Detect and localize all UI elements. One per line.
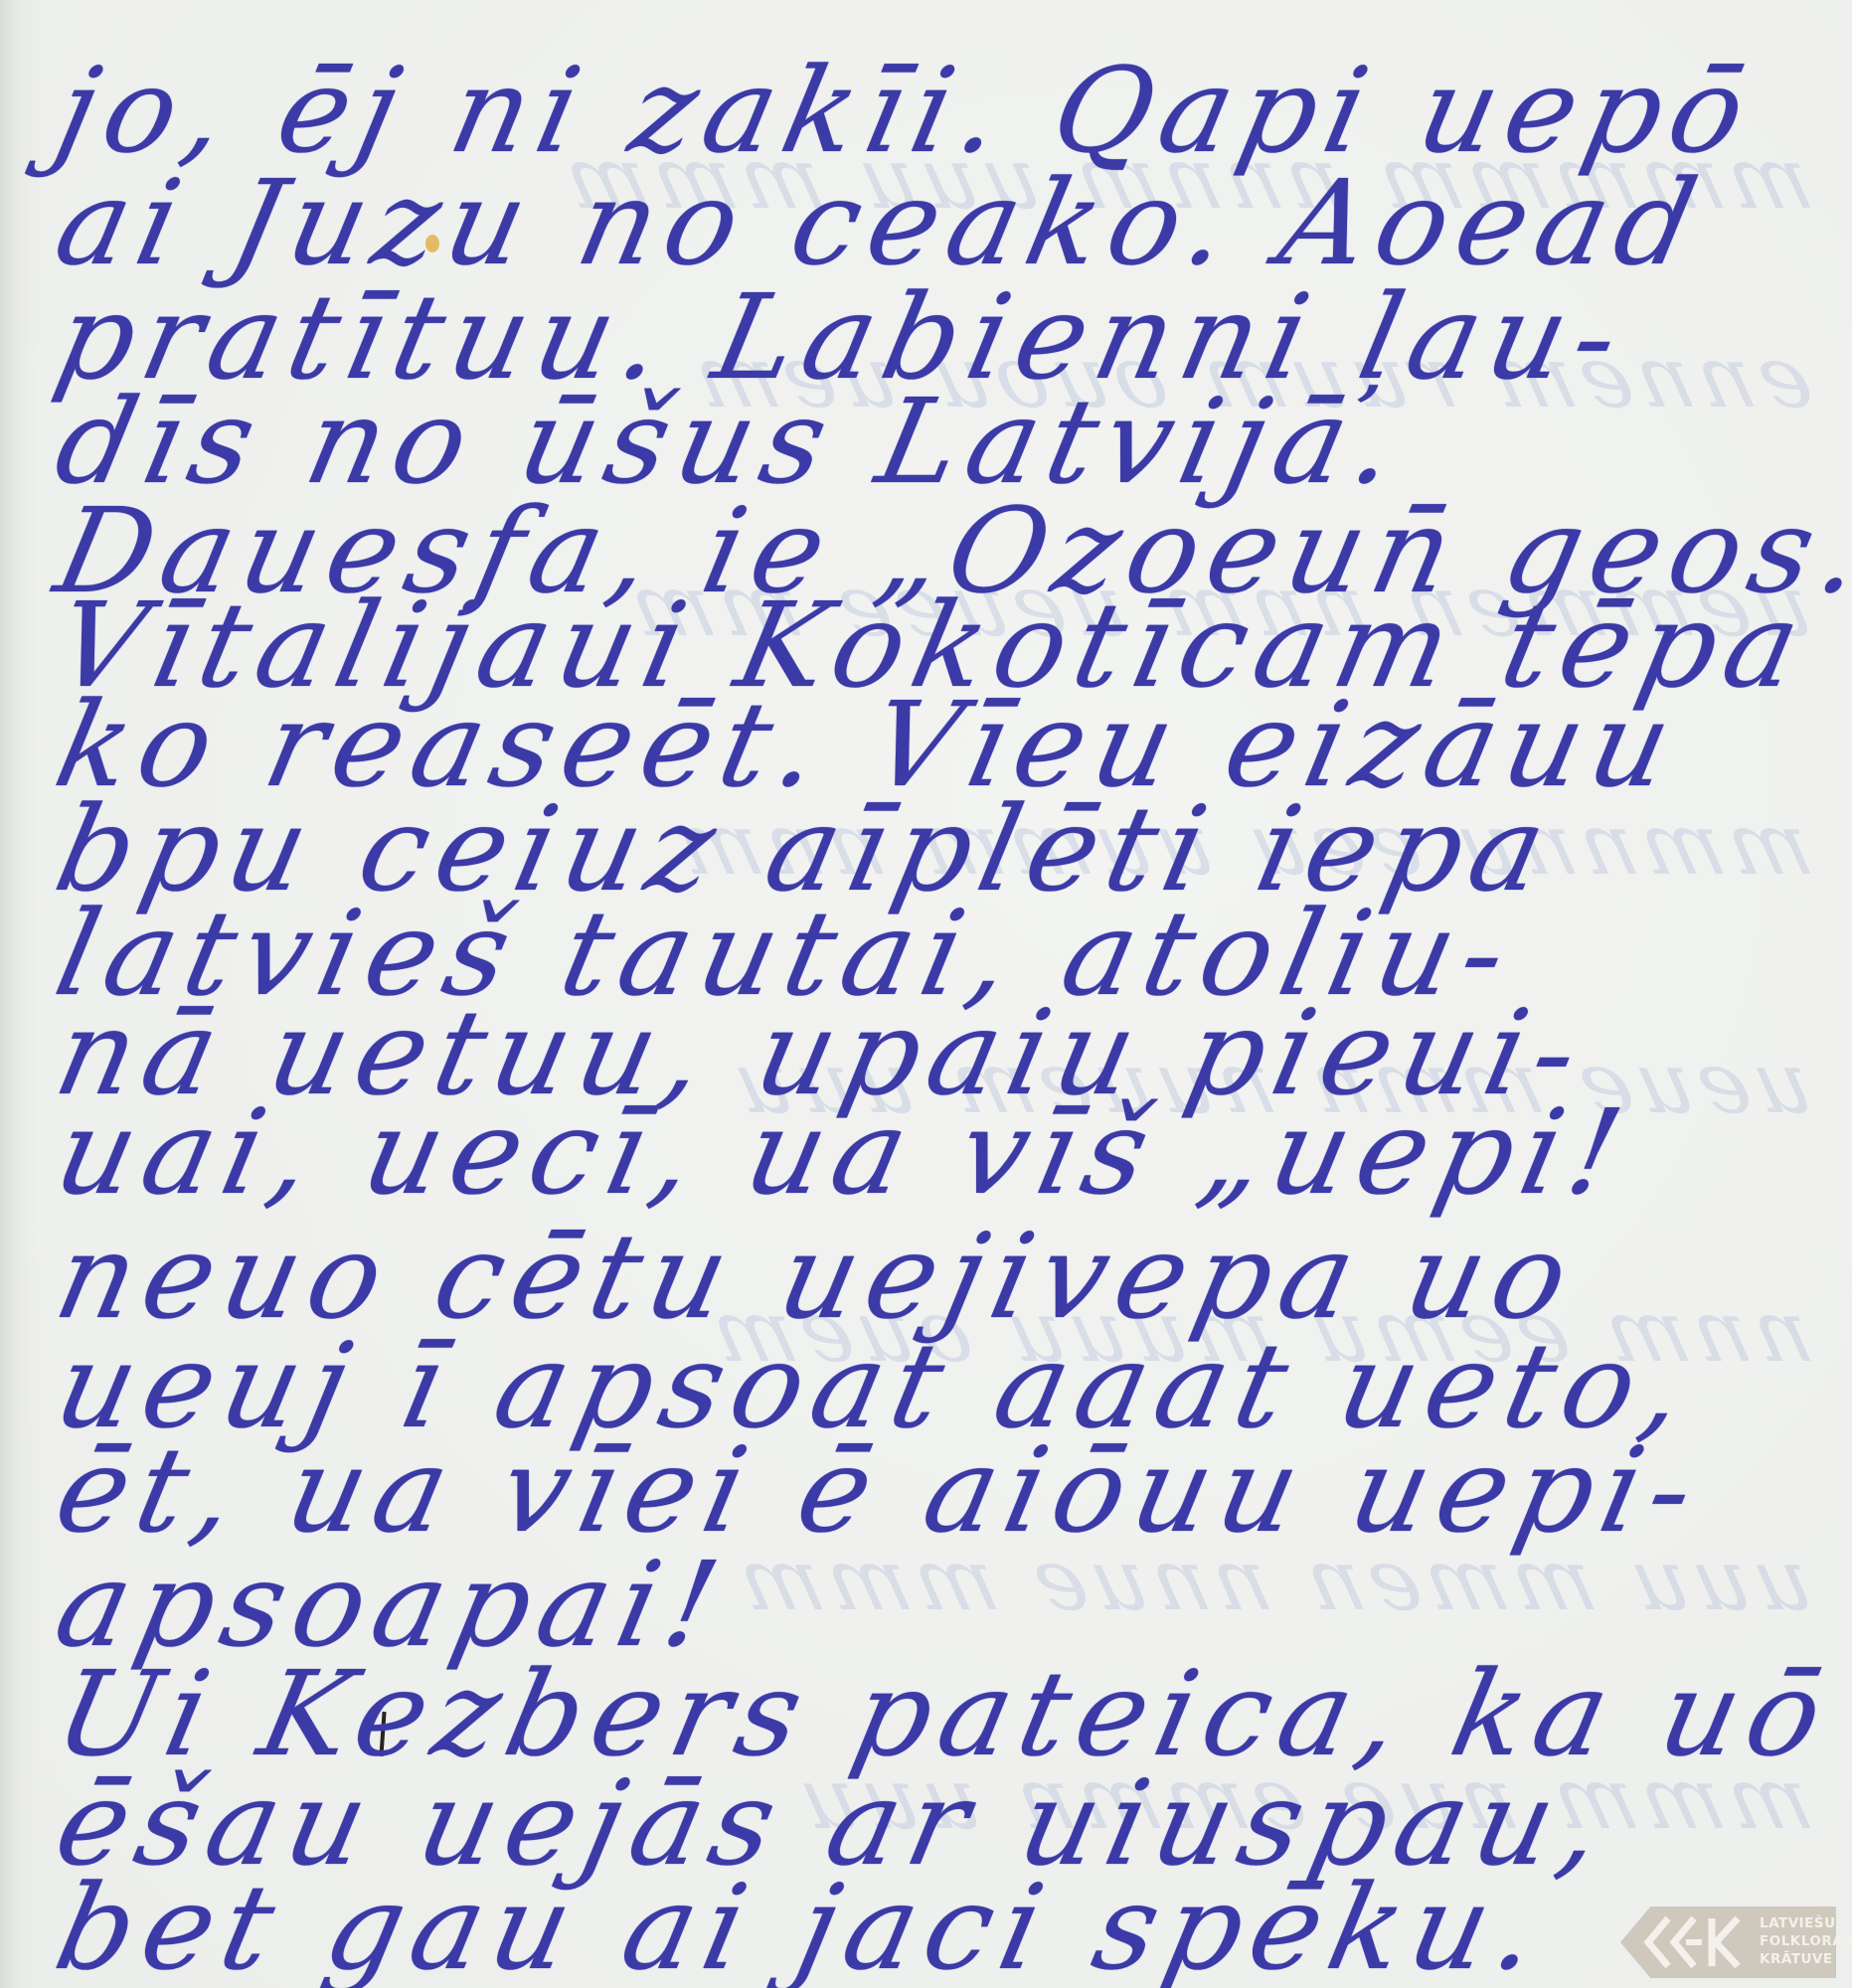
handwritten-line-11: uai, uecī, ua vīš „uepi! [47, 1093, 1821, 1211]
handwritten-line-2: ai Juzu no ceako. Aoead [47, 164, 1821, 281]
logo-text: LATVIEŠU FOLKLORAS KRĀTUVE [1760, 1914, 1839, 1968]
manuscript-page: mmmmm nnnm uuu mmm ennem ruum ouou uem u… [0, 0, 1852, 1988]
logo-line-1: LATVIEŠU [1760, 1914, 1839, 1932]
lfk-chevrons-icon [1640, 1914, 1750, 1970]
lfk-logo: LATVIEŠU FOLKLORAS KRĀTUVE [1602, 1906, 1836, 1978]
logo-line-2: FOLKLORAS [1760, 1932, 1839, 1950]
logo-line-3: KRĀTUVE [1760, 1950, 1839, 1968]
handwritten-line-14: ēt, ua vīei ē aiōuu uepi- [47, 1431, 1821, 1549]
handwritten-line-18: bet gau ai jaci spēku. [47, 1869, 1821, 1986]
handwritten-line-1: jo, ēj ni zakīi. Qapi uepō [47, 52, 1821, 169]
